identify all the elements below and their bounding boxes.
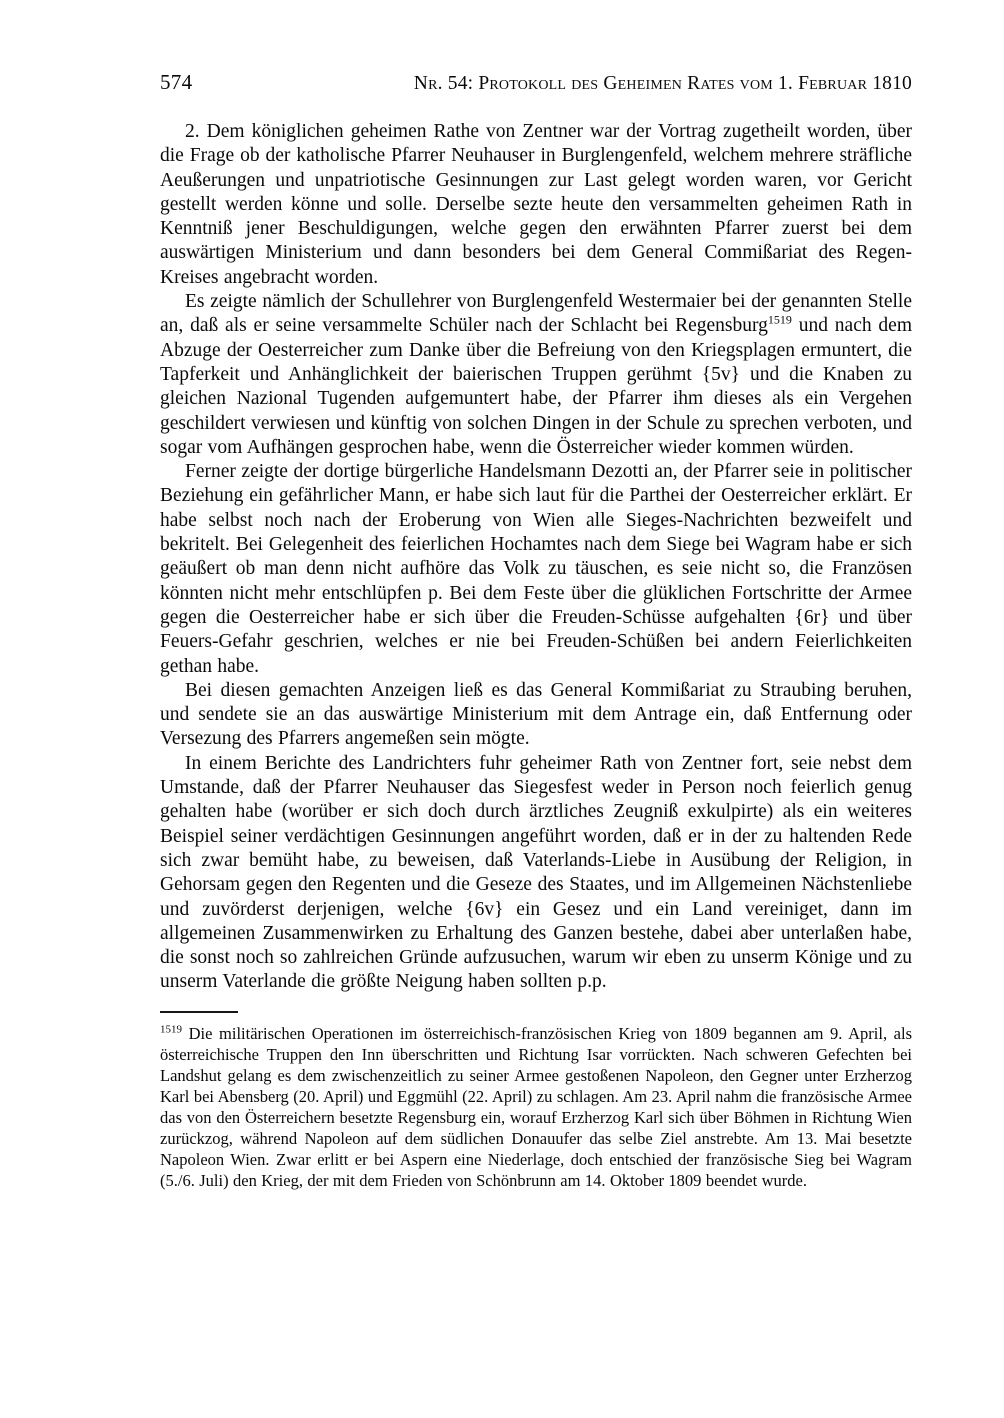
page-number: 574 (160, 70, 192, 95)
footnote-block: 1519 Die militärischen Operationen im ös… (160, 1011, 912, 1191)
paragraph-2: Es zeigte nämlich der Schullehrer von Bu… (160, 290, 912, 460)
paragraph-5: In einem Berichte des Landrichters fuhr … (160, 752, 912, 995)
footnote-text: Die militärischen Operationen im österre… (160, 1024, 912, 1190)
paragraph-3: Ferner zeigte der dortige bürgerliche Ha… (160, 460, 912, 679)
paragraph-2-text-after-note: und nach dem Abzuge der Oesterreicher zu… (160, 315, 912, 457)
footnote-separator (160, 1011, 238, 1013)
footnote-marker: 1519 (160, 1023, 182, 1035)
running-head: 574 Nr. 54: Protokoll des Geheimen Rates… (160, 70, 912, 95)
document-page: 574 Nr. 54: Protokoll des Geheimen Rates… (0, 0, 1004, 1418)
main-text: 2. Dem königlichen geheimen Rathe von Ze… (160, 120, 912, 995)
paragraph-4: Bei diesen gemachten Anzeigen ließ es da… (160, 679, 912, 752)
running-header: Nr. 54: Protokoll des Geheimen Rates vom… (414, 73, 912, 95)
footnote-reference-1519: 1519 (768, 313, 792, 327)
footnote-1519: 1519 Die militärischen Operationen im ös… (160, 1023, 912, 1191)
paragraph-1: 2. Dem königlichen geheimen Rathe von Ze… (160, 120, 912, 290)
